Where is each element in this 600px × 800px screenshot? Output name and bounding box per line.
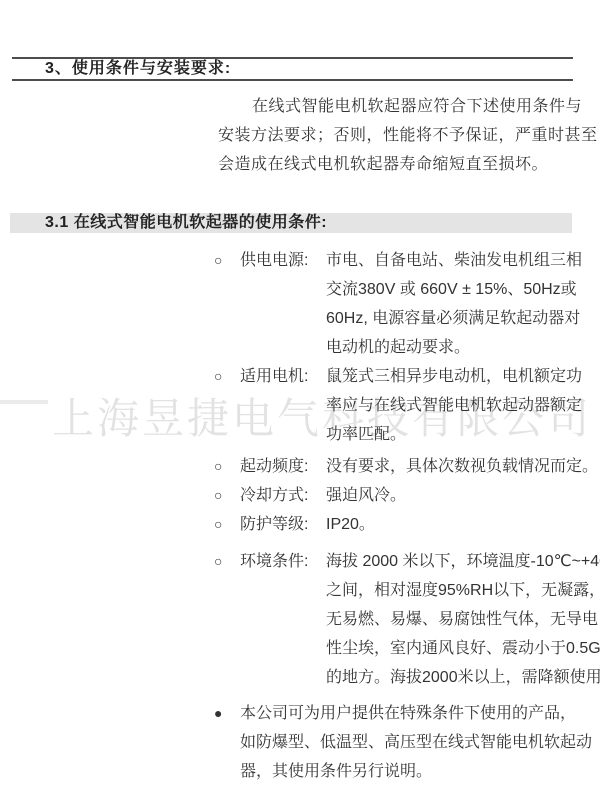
circle-bullet-icon: ○ [214, 246, 240, 362]
document-page: 上海昱捷电气科技有限公司 3、使用条件与安装要求: 在线式智能电机软起器应符合下… [0, 0, 600, 800]
list-item-protection-grade: ○ 防护等级: IP20。 [214, 510, 596, 539]
item-label: 适用电机: [240, 362, 326, 449]
content-line: 鼠笼式三相异步电动机，电机额定功 [326, 362, 596, 391]
item-label: 供电电源: [240, 246, 326, 362]
content-line: 无易燃、易爆、易腐蚀性气体，无导电 [326, 605, 600, 634]
content-line: 功率匹配。 [326, 420, 596, 449]
conditions-list: ○ 供电电源: 市电、自备电站、柴油发电机组三相 交流380V 或 660V ±… [214, 246, 596, 786]
item-content: 本公司可为用户提供在特殊条件下使用的产品， 如防爆型、低温型、高压型在线式智能电… [240, 699, 596, 786]
content-line: 海拔 2000 米以下，环境温度-10℃~+40℃ [326, 547, 600, 576]
circle-bullet-icon: ○ [214, 510, 240, 539]
list-item-power-supply: ○ 供电电源: 市电、自备电站、柴油发电机组三相 交流380V 或 660V ±… [214, 246, 596, 362]
item-content: 海拔 2000 米以下，环境温度-10℃~+40℃ 之间，相对湿度95%RH以下… [326, 547, 600, 692]
item-content: IP20。 [326, 510, 596, 539]
content-line: 器，其使用条件另行说明。 [240, 757, 596, 786]
content-line: 本公司可为用户提供在特殊条件下使用的产品， [240, 699, 596, 728]
content-line: 60Hz, 电源容量必须满足软起动器对 [326, 304, 596, 333]
document-content: 3、使用条件与安装要求: 在线式智能电机软起器应符合下述使用条件与 安装方法要求… [0, 0, 600, 800]
list-item-environment: ○ 环境条件: 海拔 2000 米以下，环境温度-10℃~+40℃ 之间，相对湿… [214, 547, 596, 692]
item-content: 强迫风冷。 [326, 481, 596, 510]
paragraph-line: 在线式智能电机软起器应符合下述使用条件与 [218, 92, 590, 121]
list-item-start-frequency: ○ 起动频度: 没有要求，具体次数视负载情况而定。 [214, 452, 596, 481]
list-item-special-products: ● 本公司可为用户提供在特殊条件下使用的产品， 如防爆型、低温型、高压型在线式智… [214, 699, 596, 786]
item-content: 鼠笼式三相异步电动机，电机额定功 率应与在线式智能电机软起动器额定 功率匹配。 [326, 362, 596, 449]
list-item-applicable-motor: ○ 适用电机: 鼠笼式三相异步电动机，电机额定功 率应与在线式智能电机软起动器额… [214, 362, 596, 449]
circle-bullet-icon: ○ [214, 362, 240, 449]
section-heading-text: 3、使用条件与安装要求: [45, 60, 231, 77]
content-line: 强迫风冷。 [326, 481, 596, 510]
list-item-cooling-method: ○ 冷却方式: 强迫风冷。 [214, 481, 596, 510]
section-heading-band: 3、使用条件与安装要求: [12, 57, 573, 81]
item-label: 环境条件: [240, 547, 326, 692]
subsection-heading-text: 3.1 在线式智能电机软起器的使用条件: [45, 214, 327, 231]
circle-bullet-icon: ○ [214, 452, 240, 481]
item-label: 起动频度: [240, 452, 326, 481]
content-line: 电动机的起动要求。 [326, 333, 596, 362]
item-content: 没有要求，具体次数视负载情况而定。 [326, 452, 598, 481]
content-line: 率应与在线式智能电机软起动器额定 [326, 391, 596, 420]
content-line: IP20。 [326, 510, 596, 539]
content-line: 没有要求，具体次数视负载情况而定。 [326, 452, 598, 481]
content-line: 性尘埃，室内通风良好、震动小于0.5G [326, 634, 600, 663]
content-line: 交流380V 或 660V ± 15%、50Hz或 [326, 275, 596, 304]
item-label: 防护等级: [240, 510, 326, 539]
paragraph-line: 会造成在线式电机软起器寿命缩短直至损坏。 [218, 150, 590, 179]
content-line: 之间，相对湿度95%RH以下，无凝露， [326, 576, 600, 605]
item-label: 冷却方式: [240, 481, 326, 510]
content-line: 市电、自备电站、柴油发电机组三相 [326, 246, 596, 275]
circle-bullet-icon: ○ [214, 481, 240, 510]
item-content: 市电、自备电站、柴油发电机组三相 交流380V 或 660V ± 15%、50H… [326, 246, 596, 362]
content-line: 的地方。海拔2000米以上，需降额使用。 [326, 663, 600, 692]
filled-bullet-icon: ● [214, 699, 240, 786]
intro-paragraph: 在线式智能电机软起器应符合下述使用条件与 安装方法要求；否则，性能将不予保证，严… [218, 92, 590, 179]
circle-bullet-icon: ○ [214, 547, 240, 692]
content-line: 如防爆型、低温型、高压型在线式智能电机软起动 [240, 728, 596, 757]
paragraph-line: 安装方法要求；否则，性能将不予保证，严重时甚至 [218, 121, 590, 150]
subsection-heading-band: 3.1 在线式智能电机软起器的使用条件: [10, 213, 572, 233]
